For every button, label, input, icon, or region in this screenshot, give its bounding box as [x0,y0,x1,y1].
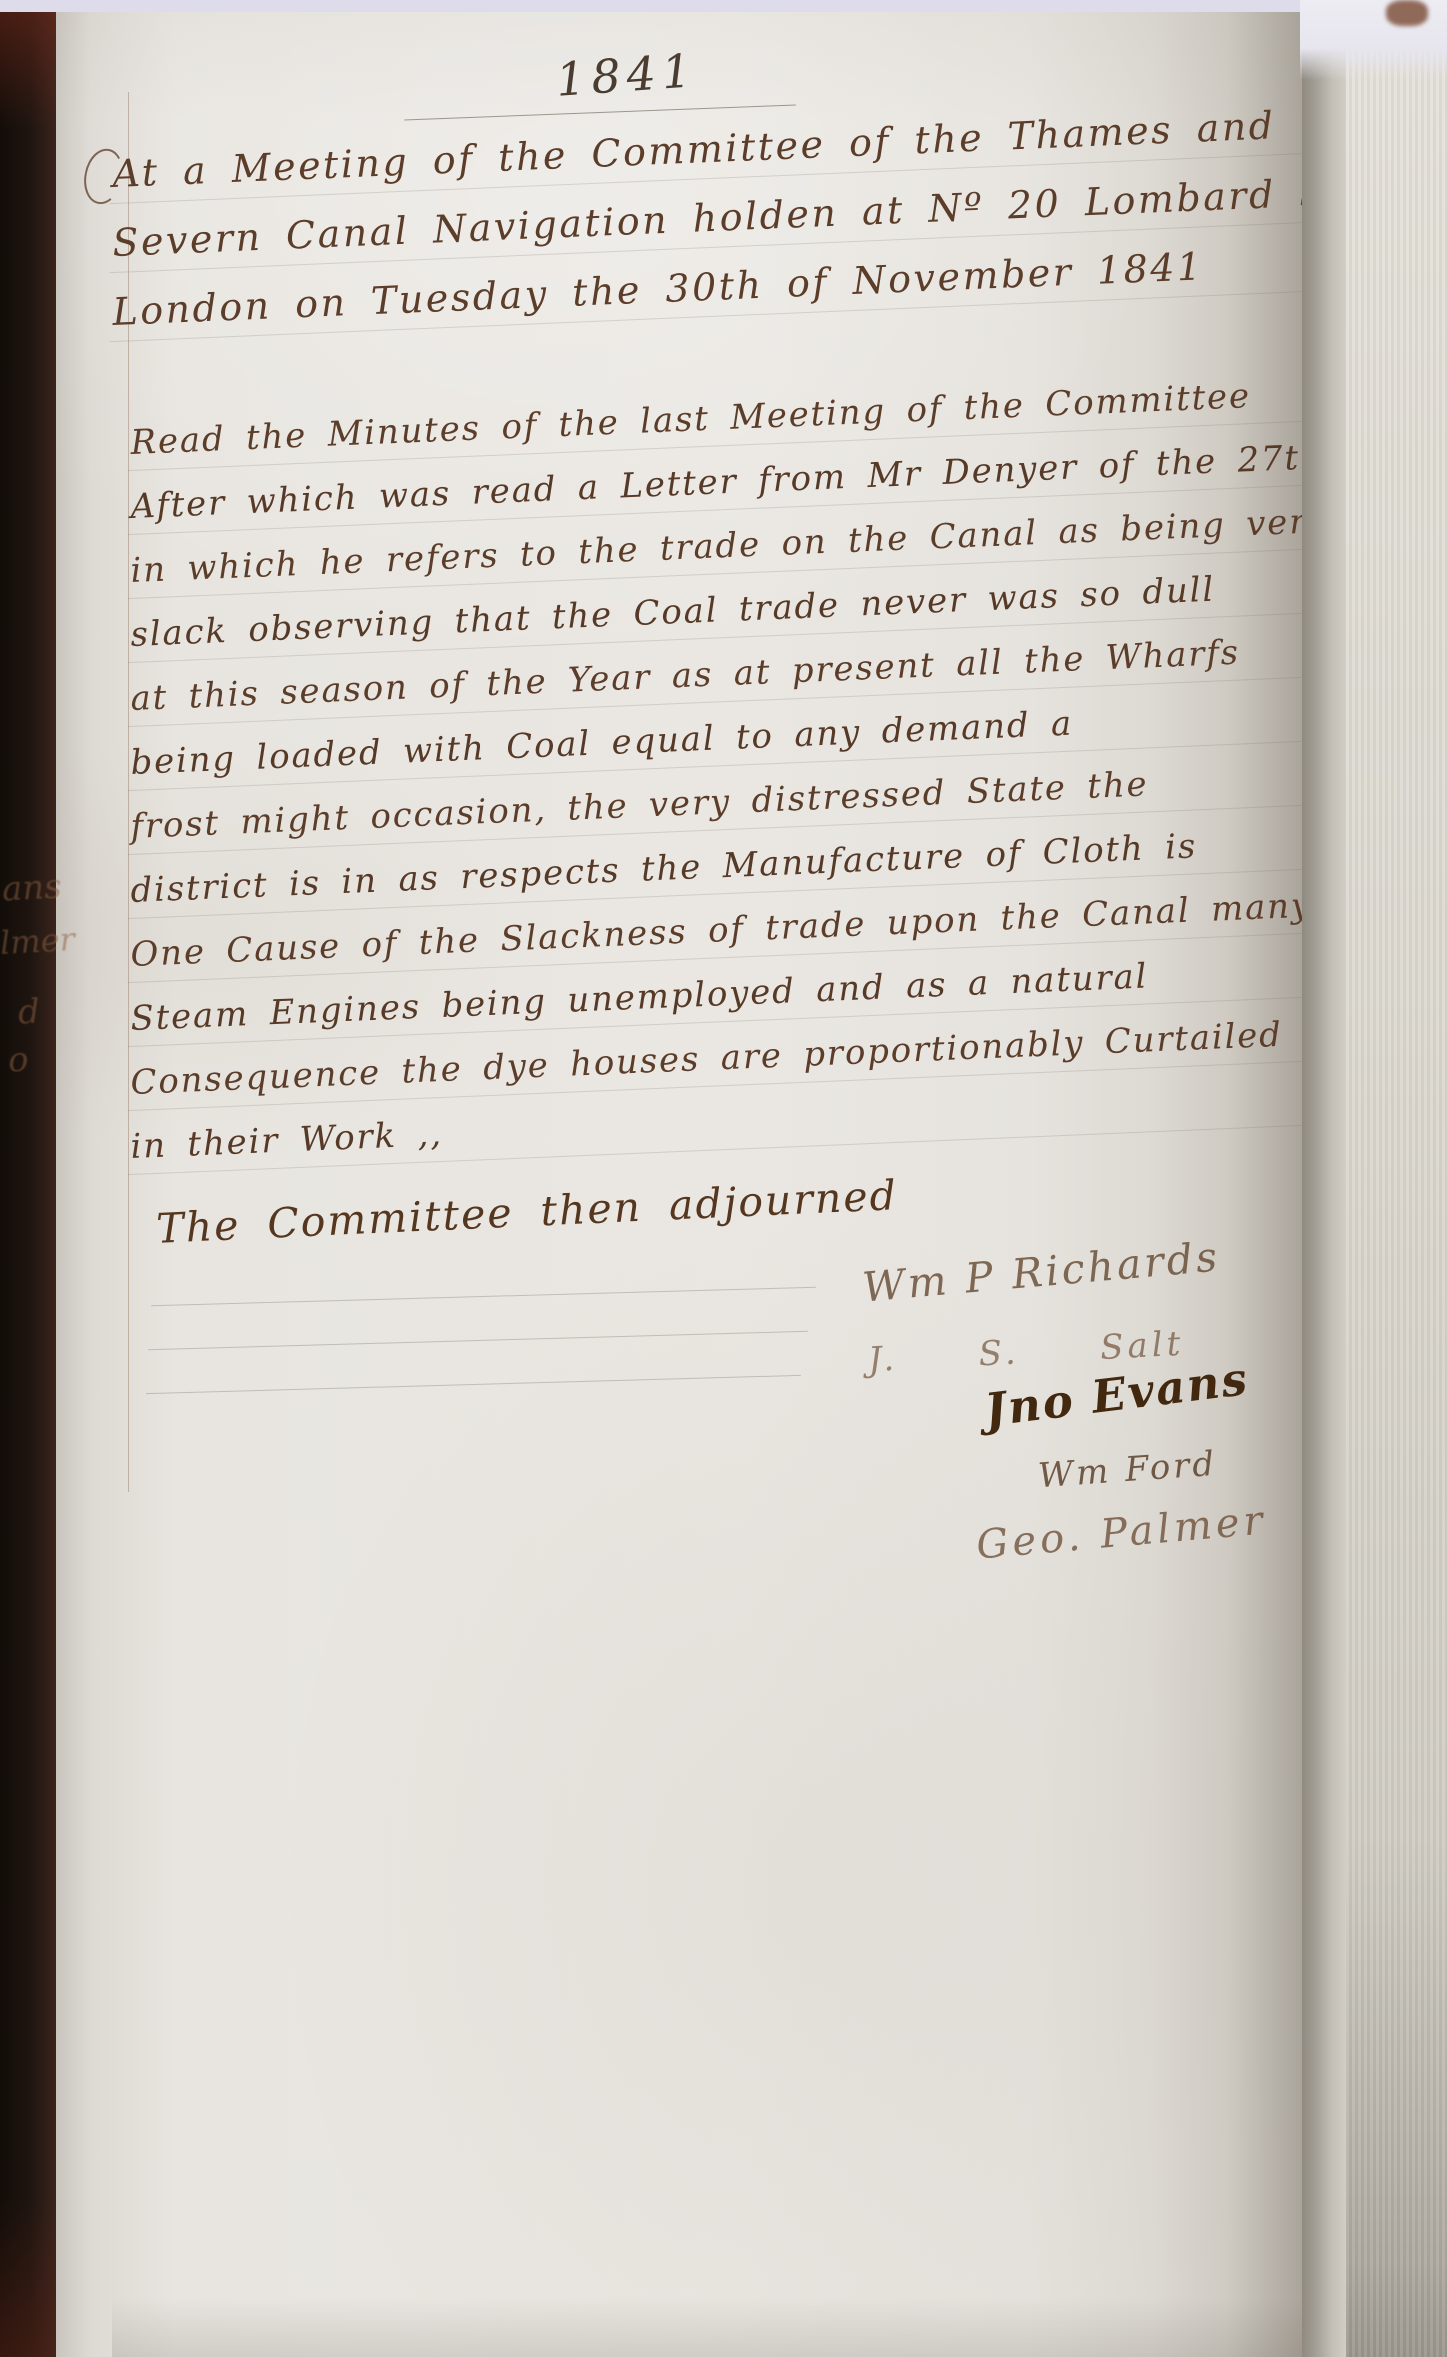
book-binding [0,0,56,2357]
closing-line: The Committee then adjourned [155,1171,898,1253]
manuscript-page: 1841 At a Meeting of the Committee of th… [56,0,1302,2357]
background-strip [0,0,1447,12]
bottom-shadow [112,2297,1358,2357]
ghost-text: lmer [0,920,76,962]
page-edge-curl [1302,0,1346,2357]
adjacent-page-edge [1346,0,1447,2357]
pencil-line [151,1287,816,1307]
pencil-line [146,1375,801,1394]
signature: Wm Ford [1037,1444,1219,1496]
opening-paragraph: At a Meeting of the Committee of the Tha… [114,142,1437,349]
ghost-text: d [17,991,41,1032]
ghost-text: ans [1,866,63,909]
page-heading-year: 1841 [554,43,699,107]
pencil-line [148,1331,808,1350]
body-paragraph: Read the Minutes of the last Meeting of … [132,414,1420,1182]
ghost-text: o [7,1039,30,1080]
manuscript-photograph: 1841 At a Meeting of the Committee of th… [0,0,1447,2357]
top-right-leather-mark [1386,0,1428,26]
signature: Wm P Richards [861,1232,1222,1311]
signature: Geo. Palmer [975,1497,1269,1568]
